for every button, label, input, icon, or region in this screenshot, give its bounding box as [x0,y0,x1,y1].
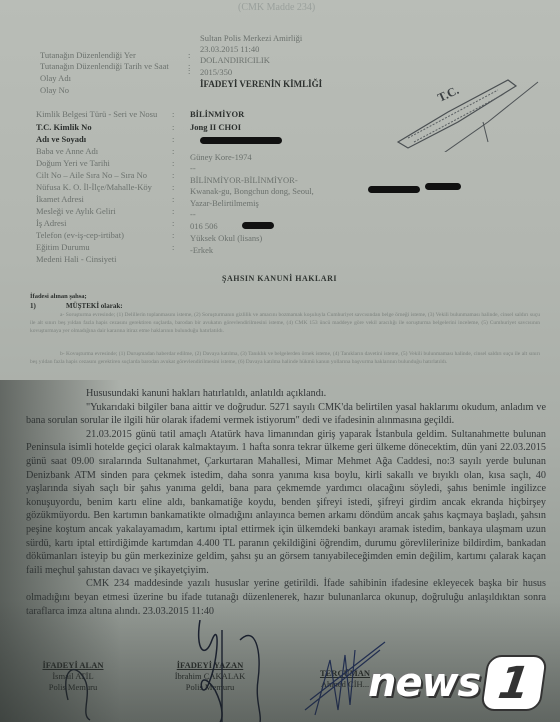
colon: : [172,242,174,253]
colon: : [172,230,174,241]
statement-quote: "Yukarıdaki bilgiler bana aittir ve doğr… [26,401,546,428]
field-label: Doğum Yeri ve Tarihi [36,158,110,169]
field-label: Nüfusa K. O. İl-İlçe/Mahalle-Köy [36,182,152,193]
colon: : [172,158,174,169]
field-value: -- [190,163,196,174]
field-value: Yüksek Okul (lisans) [190,233,262,244]
rights-paragraph-b: b- Kovuşturma evresinde; (1) Duruşmadan … [30,350,540,366]
colon: : [172,134,174,145]
field-label: T.C. Kimlik No [36,122,92,133]
field-value: Yazar-Belirtilmemiş [190,198,259,209]
statement-intro: Hususundaki kanuni hakları hatırlatıldı,… [26,387,546,401]
field-value: -Erkek [190,245,213,256]
field-value: BİLİNMİYOR-BİLİNMİYOR- [190,175,298,186]
field-label: Eğitim Durumu [36,242,90,253]
redaction-bar [368,186,420,193]
colon: : [172,146,174,157]
colon: : [188,66,190,77]
statement-closing: CMK 234 maddesinde yazılı hususlar yerin… [26,577,546,618]
top-field-value: Sultan Polis Merkezi Amirliği [200,33,302,44]
colon: : [172,194,174,205]
header-code: (CMK Madde 234) [238,2,315,13]
redaction-bar [425,183,461,190]
redaction-bar [200,137,282,144]
statement-body: 21.03.2015 günü tatil amaçlı Atatürk hav… [26,428,546,578]
top-field-label: Tutanağın Düzenlendiği Tarih ve Saat [40,61,169,72]
field-value: -- [190,209,196,220]
field-value: Güney Kore-1974 [190,152,252,163]
field-label: Cilt No – Aile Sıra No – Sıra No [36,170,147,181]
svg-text:T.C.: T.C. [435,83,461,105]
field-value: Jong II CHOI [190,122,241,133]
official-stamp-icon: T.C. [388,72,558,152]
field-label: Medeni Hali - Cinsiyeti [36,254,117,265]
colon: : [188,50,190,61]
redaction-bar [242,222,274,229]
statement-text: Hususundaki kanuni hakları hatırlatıldı,… [26,387,546,618]
top-field-value: 23.03.2015 11:40 [200,44,259,55]
colon: : [172,182,174,193]
field-label: Kimlik Belgesi Türü - Seri ve Nosu [36,109,157,120]
colon: : [172,218,174,229]
field-label: İş Adresi [36,218,66,229]
rights-paragraph-a: a- Soruşturma evresinde; (1) Delillerin … [30,311,540,335]
colon: : [172,170,174,181]
top-field-label: Tutanağın Düzenlendiği Yer [40,50,136,61]
colon: : [172,206,174,217]
field-label: İkamet Adresi [36,194,84,205]
top-field-value: DOLANDIRICILIK [200,55,270,66]
top-field-value: 2015/350 [200,67,232,78]
field-value: BİLİNMİYOR [190,109,244,120]
field-label: Adı ve Soyadı [36,134,86,145]
watermark-number: 1 [480,655,548,711]
field-label: Telefon (ev-iş-cep-irtibat) [36,230,124,241]
field-label: Baba ve Anne Adı [36,146,98,157]
rights-title: ŞAHSIN KANUNİ HAKLARI [222,274,337,283]
top-field-label: Olay No [40,85,69,96]
identity-title: İFADEYİ VERENİN KİMLİĞİ [200,79,322,90]
watermark-brand: news [368,660,480,706]
top-field-label: Olay Adı [40,73,71,84]
colon: : [172,109,174,120]
field-value: Kwanak-gu, Bongchun dong, Seoul, [190,186,314,197]
field-label: Mesleği ve Aylık Geliri [36,206,116,217]
field-value: 016 506 [190,221,218,232]
colon: : [172,122,174,133]
news1-watermark: news 1 [368,655,544,711]
document-photo: (CMK Madde 234) Tutanağın Düzenlendiği Y… [0,0,560,722]
